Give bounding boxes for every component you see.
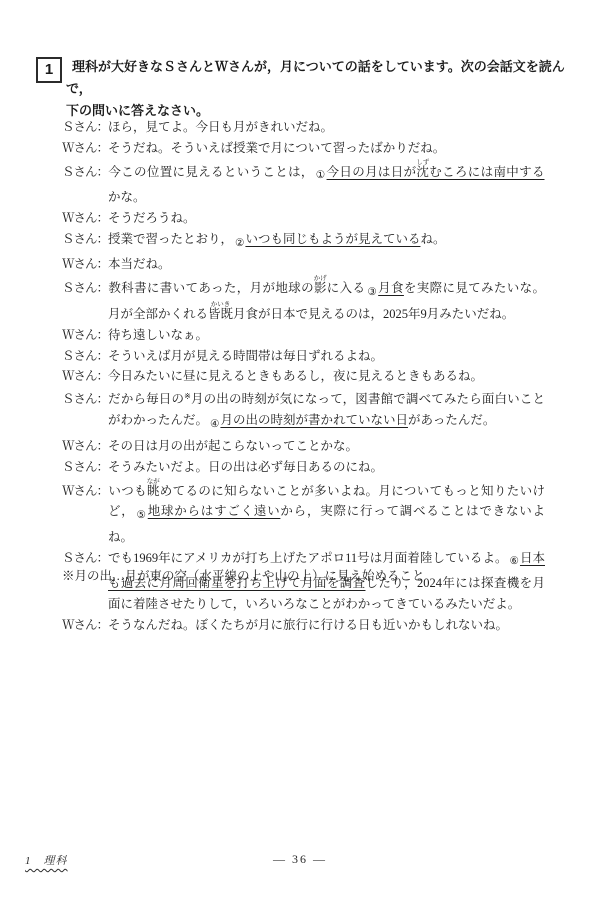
dialogue-text: いつも同じもようが見えている bbox=[245, 232, 420, 246]
dialogue-text: 今日の月は日が bbox=[327, 165, 417, 179]
furigana-text: 皆既かいき bbox=[208, 307, 233, 321]
dialogue-text: そうなんだね。ぼくたちが月に旅行に行ける日も近いかもしれないね。 bbox=[108, 618, 508, 632]
dialogue-text: 月の出の時刻が書かれていない日 bbox=[220, 413, 408, 427]
speaker-label: Ｓさん： bbox=[62, 346, 108, 367]
speaker-label: Ｗさん： bbox=[62, 254, 108, 275]
circled-number-marker: ② bbox=[235, 238, 244, 249]
dialogue-text: 地球からはすごく遠い bbox=[148, 504, 281, 518]
dialogue-text: だから毎日の bbox=[108, 392, 184, 406]
speaker-label: Ｗさん： bbox=[62, 615, 108, 636]
dialogue-text: 授業で習ったとおり， bbox=[108, 232, 233, 246]
dialogue-text: かな。 bbox=[108, 190, 146, 204]
dialogue-line: Ｗさん：いつも眺ながめてるのに知らないことが多いよね。月についてもっと知りたいけ… bbox=[62, 478, 545, 548]
dialogue-text: に入る bbox=[326, 281, 365, 295]
dialogue-line: Ｗさん：本当だね。 bbox=[62, 254, 545, 275]
dialogue-line: Ｓさん：ほら，見てよ。今日も月がきれいだね。 bbox=[62, 117, 545, 138]
problem-number-box: 1 bbox=[36, 57, 62, 83]
dialogue-section: Ｓさん：ほら，見てよ。今日も月がきれいだね。Ｗさん：そうだね。そういえば授業で月… bbox=[62, 117, 545, 636]
circled-number-marker: ① bbox=[316, 170, 326, 181]
footnote: ※月の出…月が東の空（水平線の上や山の上）に見え始めること bbox=[62, 566, 545, 586]
dialogue-text: そうみたいだよ。日の出は必ず毎日あるのにね。 bbox=[108, 460, 383, 474]
circled-number-marker: ③ bbox=[367, 287, 377, 298]
speaker-label: Ｓさん： bbox=[62, 457, 108, 478]
dialogue-line: Ｗさん：そうだね。そういえば授業で月について習ったばかりだね。 bbox=[62, 138, 545, 159]
dialogue-text: でも1969年にアメリカが打ち上げたアポロ11号は月面着陸しているよ。 bbox=[108, 551, 508, 565]
exam-page: 1 理科が大好きなＳさんとＷさんが，月についての話をしています。次の会話文を読ん… bbox=[0, 0, 600, 900]
dialogue-line: Ｓさん：そうみたいだよ。日の出は必ず毎日あるのにね。 bbox=[62, 457, 545, 478]
problem-header: 1 理科が大好きなＳさんとＷさんが，月についての話をしています。次の会話文を読ん… bbox=[36, 56, 566, 122]
dialogue-text: ね。 bbox=[420, 232, 445, 246]
dialogue-text: いつも bbox=[108, 484, 147, 498]
dialogue-text: むころには南中する bbox=[429, 165, 545, 179]
dialogue-text: その日は月の出が起こらないってことかな。 bbox=[108, 439, 358, 453]
dialogue-line: Ｗさん：待ち遠しいなぁ。 bbox=[62, 325, 545, 346]
circled-number-marker: ⑤ bbox=[137, 510, 147, 521]
dialogue-text: 待ち遠しいなぁ。 bbox=[108, 328, 208, 342]
speaker-label: Ｓさん： bbox=[62, 278, 108, 299]
circled-number-marker: ④ bbox=[210, 419, 219, 430]
dialogue-line: Ｗさん：その日は月の出が起こらないってことかな。 bbox=[62, 436, 545, 457]
speaker-label: Ｓさん： bbox=[62, 389, 108, 410]
dialogue-line: Ｓさん：授業で習ったとおり，②いつも同じもようが見えているね。 bbox=[62, 229, 545, 254]
speaker-label: Ｗさん： bbox=[62, 366, 108, 387]
speaker-label: Ｗさん： bbox=[62, 436, 108, 457]
speaker-label: Ｗさん： bbox=[62, 481, 108, 502]
speaker-label: Ｓさん： bbox=[62, 162, 108, 183]
dialogue-text: 月食が日本で見えるのは，2025年9月みたいだね。 bbox=[233, 307, 514, 321]
speaker-label: Ｗさん： bbox=[62, 208, 108, 229]
furigana-text: 眺なが bbox=[147, 484, 160, 498]
furigana-text: 沈しず bbox=[416, 165, 429, 179]
problem-number: 1 bbox=[45, 61, 53, 78]
dialogue-line: Ｓさん：今この位置に見えるということは，①今日の月は日が沈しずむころには南中する… bbox=[62, 159, 545, 208]
speaker-label: Ｗさん： bbox=[62, 325, 108, 346]
dialogue-line: Ｗさん：そうだろうね。 bbox=[62, 208, 545, 229]
dialogue-text: 今この位置に見えるということは， bbox=[108, 165, 314, 179]
dialogue-text: ほら，見てよ。今日も月がきれいだね。 bbox=[108, 120, 333, 134]
dialogue-text: 月食 bbox=[378, 281, 404, 295]
furigana-text: 影かげ bbox=[314, 281, 327, 295]
footnote-reference-mark: ※ bbox=[184, 392, 191, 401]
dialogue-line: Ｓさん：そういえば月が見える時間帯は毎日ずれるよね。 bbox=[62, 346, 545, 367]
dialogue-line: Ｗさん：そうなんだね。ぼくたちが月に旅行に行ける日も近いかもしれないね。 bbox=[62, 615, 545, 636]
problem-instructions: 理科が大好きなＳさんとＷさんが，月についての話をしています。次の会話文を読んで，… bbox=[66, 56, 566, 122]
dialogue-line: Ｓさん：教科書に書いてあった，月が地球の影かげに入る③月食を実際に見てみたいな。… bbox=[62, 275, 545, 324]
instruction-line-1: 理科が大好きなＳさんとＷさんが，月についての話をしています。次の会話文を読んで， bbox=[66, 56, 566, 100]
dialogue-text: そういえば月が見える時間帯は毎日ずれるよね。 bbox=[108, 349, 383, 363]
dialogue-text: 今日みたいに昼に見えるときもあるし，夜に見えるときもあるね。 bbox=[108, 369, 483, 383]
speaker-label: Ｗさん： bbox=[62, 138, 108, 159]
dialogue-text: そうだね。そういえば授業で月について習ったばかりだね。 bbox=[108, 141, 445, 155]
dialogue-line: Ｓさん：だから毎日の※月の出の時刻が気になって，図書館で調べてみたら面白いことが… bbox=[62, 387, 545, 435]
dialogue-text: そうだろうね。 bbox=[108, 211, 196, 225]
speaker-label: Ｓさん： bbox=[62, 229, 108, 250]
dialogue-text: 教科書に書いてあった，月が地球の bbox=[108, 281, 314, 295]
speaker-label: Ｓさん： bbox=[62, 117, 108, 138]
dialogue-text: があったんだ。 bbox=[408, 413, 495, 427]
dialogue-line: Ｗさん：今日みたいに昼に見えるときもあるし，夜に見えるときもあるね。 bbox=[62, 366, 545, 387]
dialogue-text: 本当だね。 bbox=[108, 257, 171, 271]
page-number: — 36 — bbox=[0, 852, 600, 867]
